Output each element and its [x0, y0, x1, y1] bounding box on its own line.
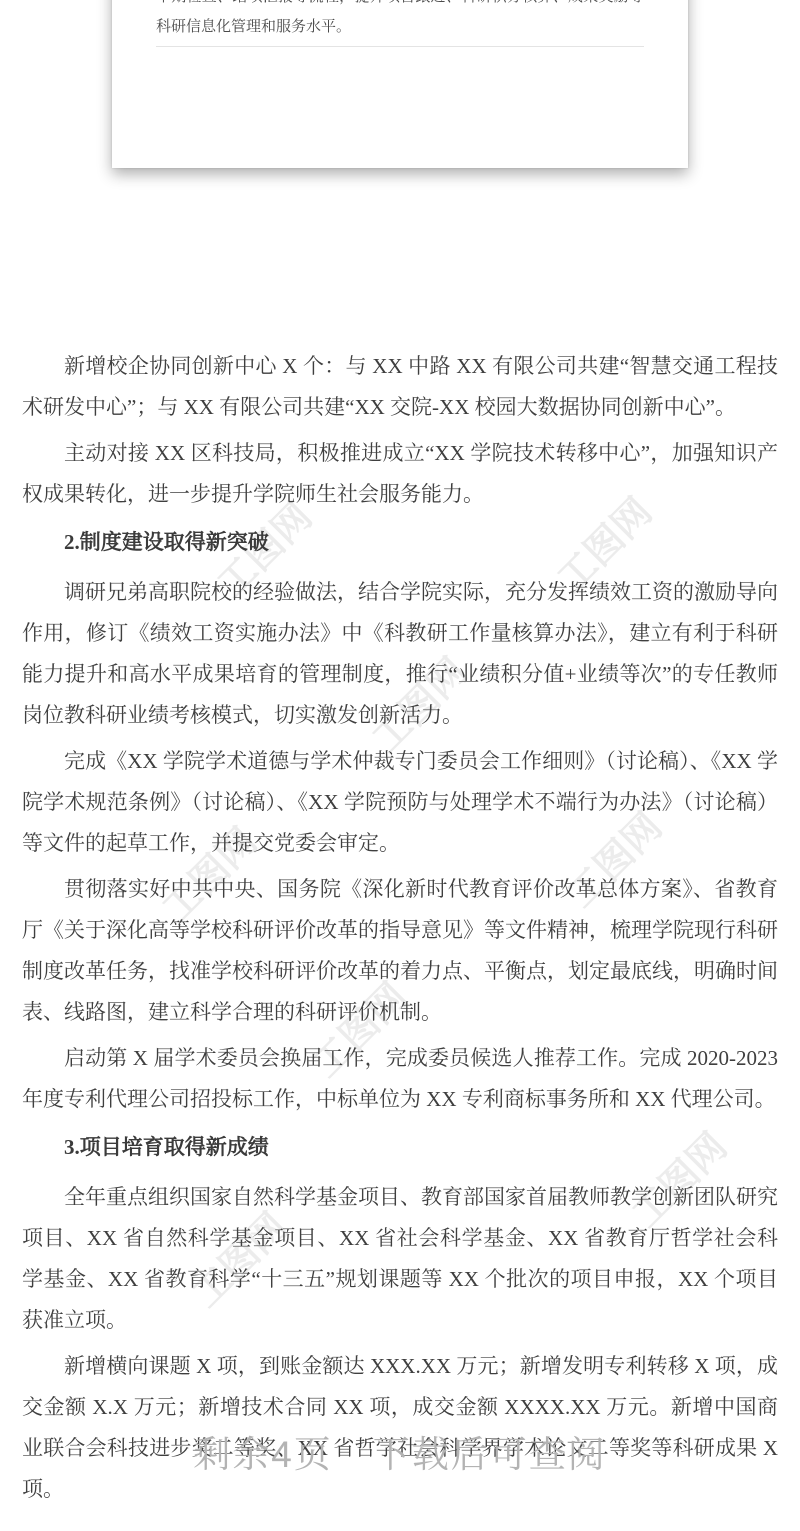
remaining-pages-notice: 剩余4页 下载后可查阅	[0, 1424, 800, 1478]
download-to-view-hint: 下载后可查阅	[373, 1424, 607, 1478]
section-heading: 3.项目培育取得新成绩	[22, 1127, 778, 1168]
document-paragraph: 新增校企协同创新中心 X 个：与 XX 中路 XX 有限公司共建“智慧交通工程技…	[22, 346, 778, 428]
previous-page-tail-text: 中期检查、结项汇报等流程，提升项目跟进、科研积分核算、成果奖励等科研信息化管理和…	[112, 0, 688, 42]
document-paragraph: 贯彻落实好中共中央、国务院《深化新时代教育评价改革总体方案》、省教育厅《关于深化…	[22, 869, 778, 1033]
document-paragraph: 调研兄弟高职院校的经验做法，结合学院实际，充分发挥绩效工资的激励导向作用，修订《…	[22, 572, 778, 736]
document-paragraph: 主动对接 XX 区科技局，积极推进成立“XX 学院技术转移中心”，加强知识产权成…	[22, 433, 778, 515]
document-paragraph: 启动第 X 届学术委员会换届工作，完成委员候选人推荐工作。完成 2020-202…	[22, 1038, 778, 1120]
document-content: 新增校企协同创新中心 X 个：与 XX 中路 XX 有限公司共建“智慧交通工程技…	[22, 346, 778, 1515]
document-paragraph: 全年重点组织国家自然科学基金项目、教育部国家首届教师教学创新团队研究项目、XX …	[22, 1177, 778, 1341]
remaining-pages-label: 剩余4页	[193, 1424, 333, 1478]
document-paragraph: 完成《XX 学院学术道德与学术仲裁专门委员会工作细则》（讨论稿）、《XX 学院学…	[22, 741, 778, 864]
page-footer-rule	[156, 46, 644, 47]
previous-page-sheet: 中期检查、结项汇报等流程，提升项目跟进、科研积分核算、成果奖励等科研信息化管理和…	[112, 0, 688, 168]
section-heading: 2.制度建设取得新突破	[22, 522, 778, 563]
